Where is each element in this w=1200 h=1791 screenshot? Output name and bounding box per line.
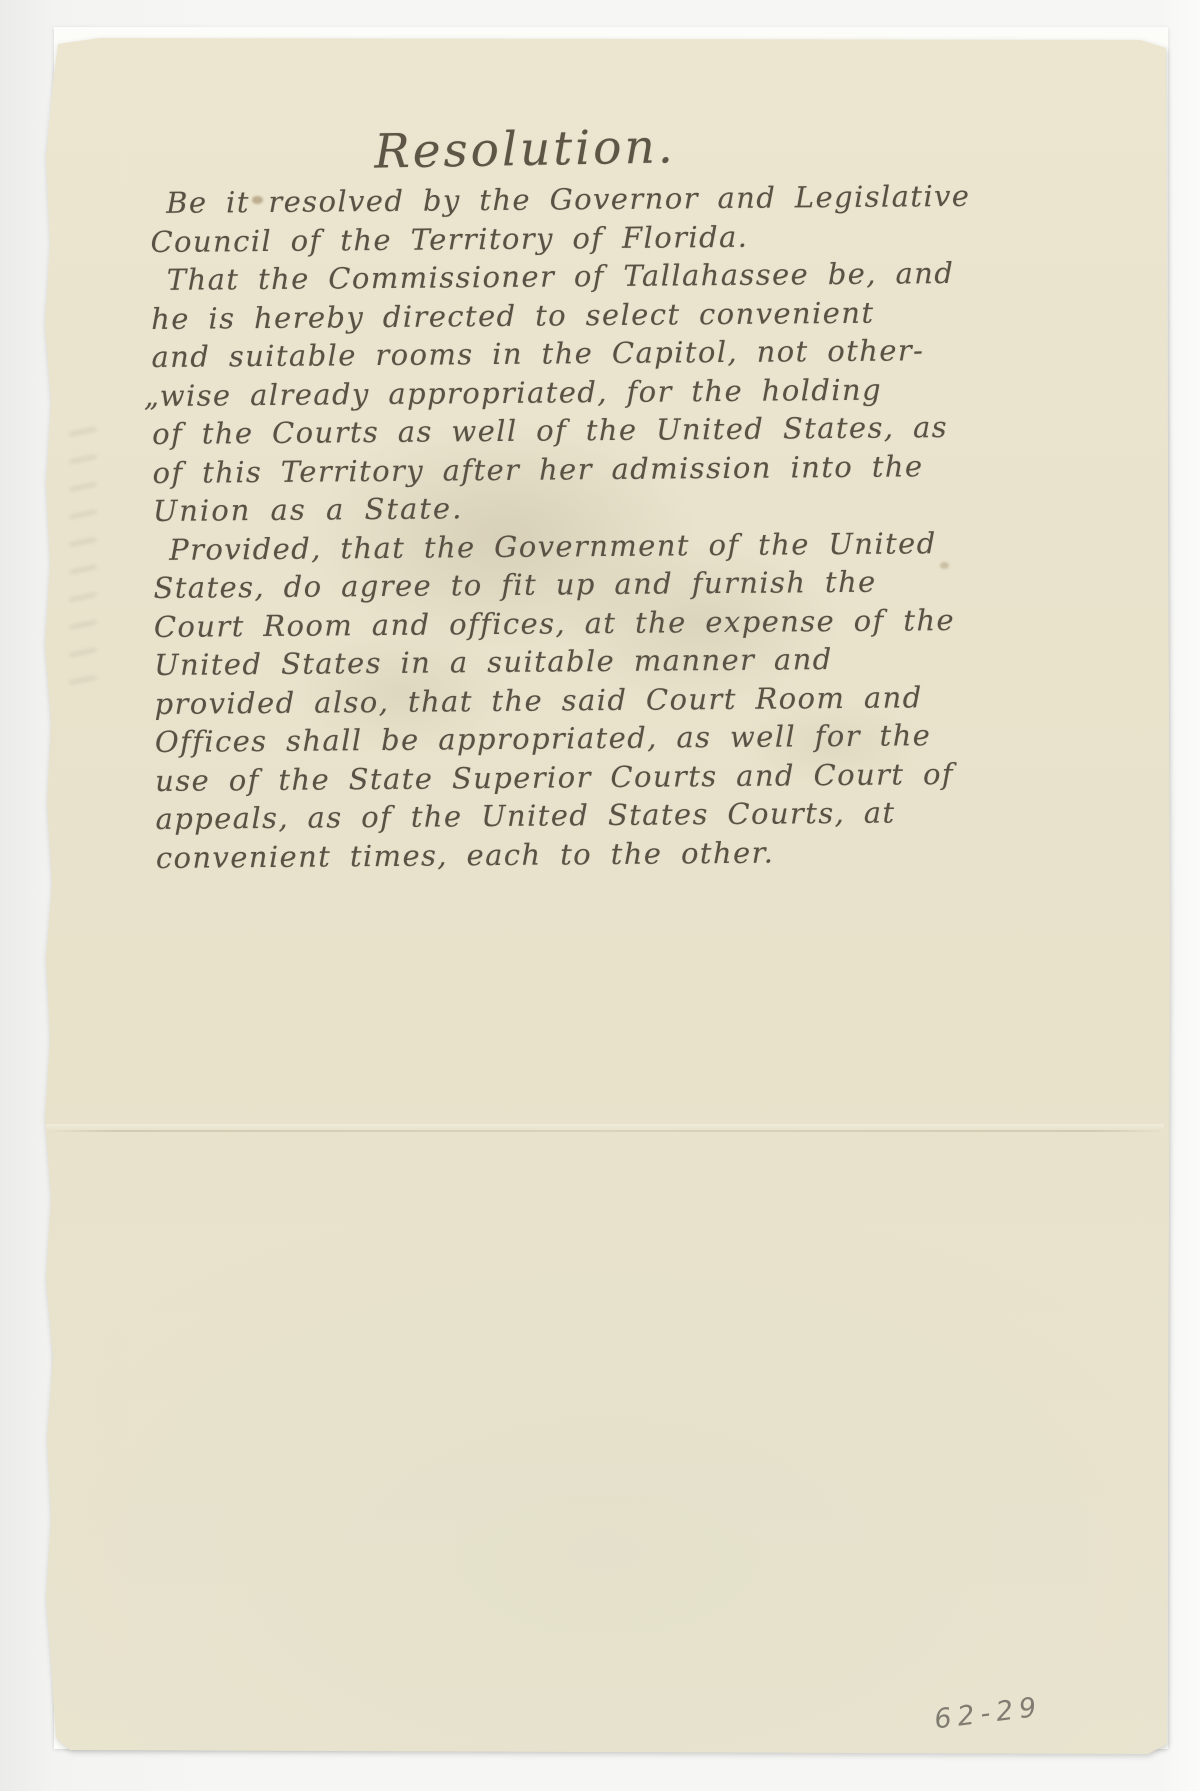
manuscript-line: appeals, as of the United States Courts,… (155, 793, 976, 839)
manuscript-line: That the Commissioner of Tallahassee be,… (151, 254, 972, 300)
archival-number: 62-29 (933, 1692, 1044, 1736)
fold-crease (46, 1130, 1164, 1132)
manuscript-line: of this Territory after her admission in… (152, 446, 973, 492)
manuscript-line: Court Room and offices, at the expense o… (154, 600, 975, 646)
manuscript-line: Be it resolved by the Governor and Legis… (150, 177, 971, 223)
document-scan: Resolution. Be it resolved by the Govern… (0, 0, 1200, 1791)
manuscript-line: and suitable rooms in the Capitol, not o… (151, 331, 972, 377)
fold-crease-highlight (46, 1124, 1164, 1134)
document-title: Resolution. (290, 118, 761, 181)
manuscript-body: Be it resolved by the Governor and Legis… (150, 177, 976, 877)
ink-showthrough-mark (70, 420, 96, 700)
manuscript-line: convenient times, each to the other. (156, 831, 977, 877)
manuscript-paper-wrap: Resolution. Be it resolved by the Govern… (40, 38, 1172, 1758)
manuscript-paper: Resolution. Be it resolved by the Govern… (40, 38, 1172, 1758)
manuscript-line: Offices shall be appropriated, as well f… (155, 716, 976, 762)
manuscript-line: of the Courts as well of the United Stat… (152, 408, 973, 454)
manuscript-line: States, do agree to fit up and furnish t… (153, 562, 974, 608)
